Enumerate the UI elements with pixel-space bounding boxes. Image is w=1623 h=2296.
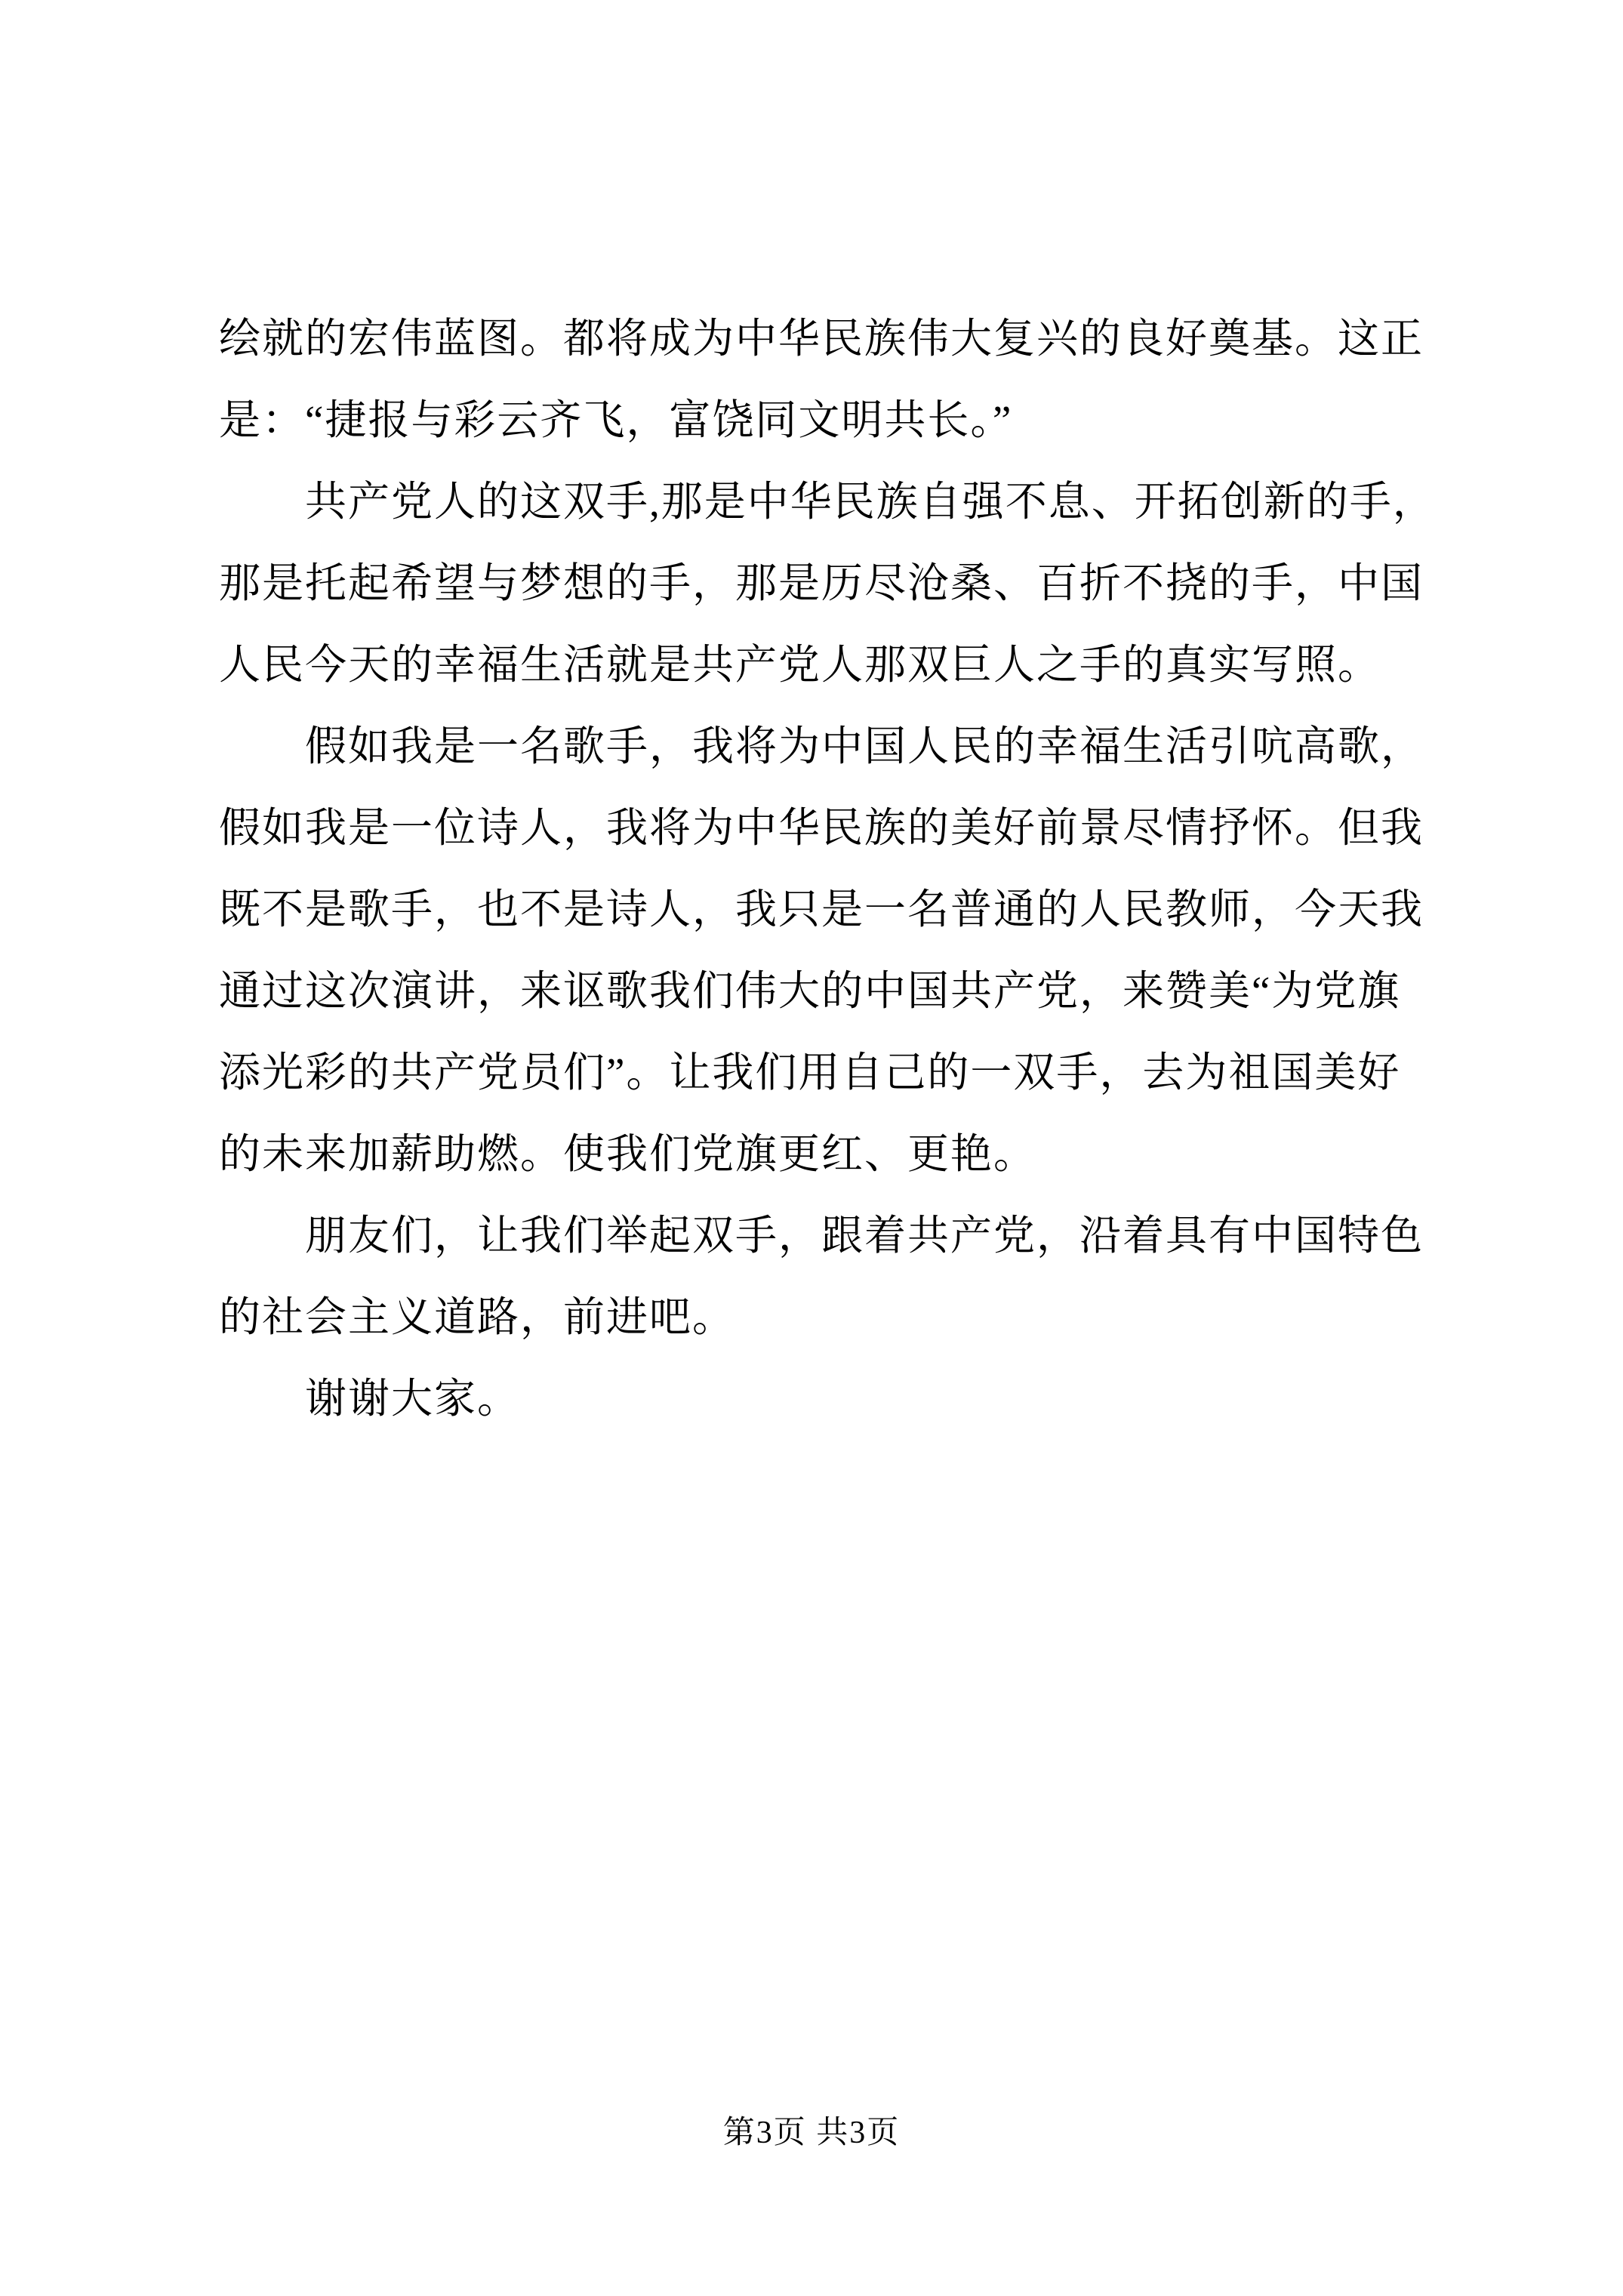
text-line: 是：“捷报与彩云齐飞，富饶同文明共长。” — [219, 380, 1434, 461]
text-line: 谢谢大家。 — [219, 1358, 1434, 1440]
text-line: 共产党人的这双手,那是中华民族自强不息、开拓创新的手， — [219, 461, 1434, 543]
document-body: 绘就的宏伟蓝图。都将成为中华民族伟大复兴的良好奠基。这正 是：“捷报与彩云齐飞，… — [219, 298, 1434, 1440]
text-line: 的未来加薪助燃。使我们党旗更红、更艳。 — [219, 1114, 1434, 1195]
text-line: 假如我是一名歌手，我将为中国人民的幸福生活引吭高歌， — [219, 706, 1434, 787]
text-line: 朋友们，让我们举起双手，跟着共产党，沿着具有中国特色 — [219, 1195, 1434, 1277]
text-line: 人民今天的幸福生活就是共产党人那双巨人之手的真实写照。 — [219, 624, 1434, 706]
text-line: 那是托起希望与梦想的手，那是历尽沧桑、百折不挠的手，中国 — [219, 543, 1434, 624]
text-line: 的社会主义道路，前进吧。 — [219, 1277, 1434, 1358]
text-line: 既不是歌手，也不是诗人，我只是一名普通的人民教师，今天我 — [219, 869, 1434, 951]
text-line: 假如我是一位诗人，我将为中华民族的美好前景尽情抒怀。但我 — [219, 787, 1434, 869]
text-line: 绘就的宏伟蓝图。都将成为中华民族伟大复兴的良好奠基。这正 — [219, 298, 1434, 380]
document-page: 绘就的宏伟蓝图。都将成为中华民族伟大复兴的良好奠基。这正 是：“捷报与彩云齐飞，… — [0, 0, 1623, 2296]
page-number-footer: 第3页 共3页 — [0, 2110, 1623, 2156]
text-line: 添光彩的共产党员们”。让我们用自己的一双手，去为祖国美好 — [219, 1032, 1434, 1114]
text-line: 通过这次演讲，来讴歌我们伟大的中国共产党，来赞美“为党旗 — [219, 951, 1434, 1032]
